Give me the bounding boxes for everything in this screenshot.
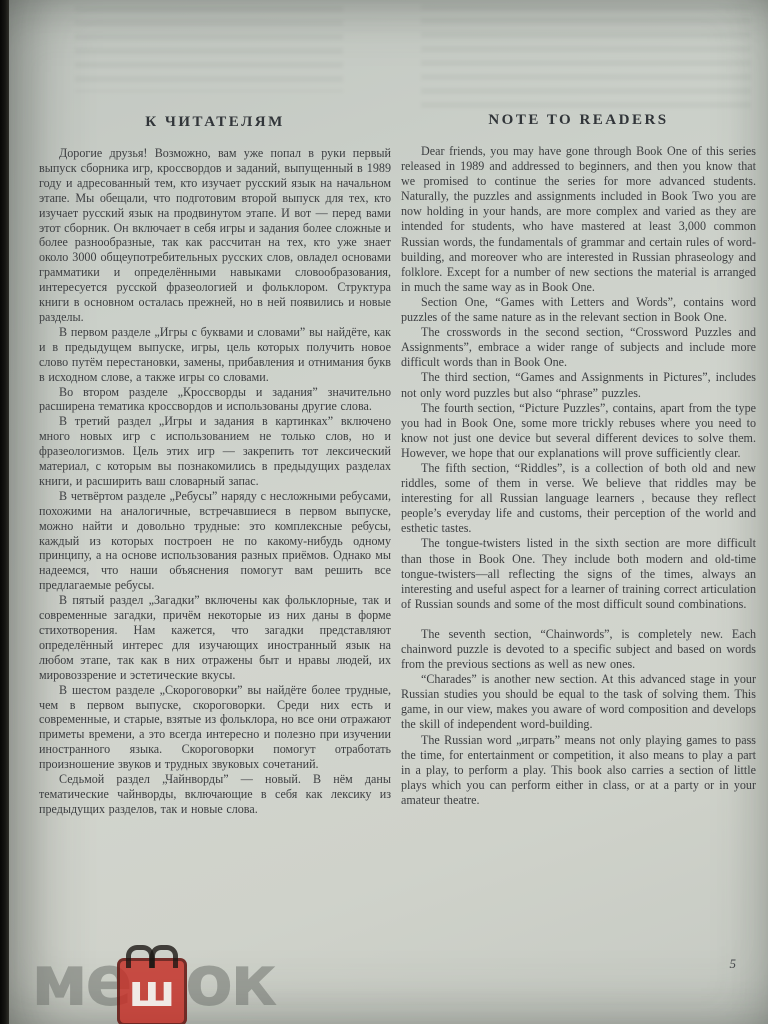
paragraph: В четвёртом разделе „Ребусы” наряду с не… bbox=[39, 489, 391, 593]
paragraph: В шестом разделе „Скороговорки” вы найдё… bbox=[39, 683, 391, 772]
paragraph: Во втором разделе „Кроссворды и задания”… bbox=[39, 385, 391, 415]
russian-heading: К ЧИТАТЕЛЯМ bbox=[39, 114, 391, 131]
paragraph: В пятый раздел „Загадки” включены как фо… bbox=[39, 593, 391, 682]
watermark-text-left: ме bbox=[31, 946, 130, 1016]
bag-handle-right bbox=[150, 945, 178, 968]
russian-column: К ЧИТАТЕЛЯМ Дорогие друзья! Возможно, ва… bbox=[39, 114, 391, 817]
paragraph: Седьмой раздел „Чайнворды” — новый. В нё… bbox=[39, 772, 391, 817]
paragraph: The crosswords in the second section, “C… bbox=[401, 325, 756, 370]
paragraph: The third section, “Games and Assignment… bbox=[401, 370, 756, 400]
paragraph: The fifth section, “Riddles”, is a colle… bbox=[401, 461, 756, 536]
show-through-text-right bbox=[421, 4, 751, 110]
english-column: NOTE TO READERS Dear friends, you may ha… bbox=[401, 112, 756, 808]
paragraph: Section One, “Games with Letters and Wor… bbox=[401, 295, 756, 325]
book-binding-edge bbox=[0, 0, 9, 1024]
show-through-text-left bbox=[75, 6, 343, 92]
watermark-bag-letter: ш bbox=[129, 970, 176, 1014]
paragraph: The tongue-twisters listed in the sixth … bbox=[401, 536, 756, 611]
paragraph: The fourth section, “Picture Puzzles”, c… bbox=[401, 401, 756, 461]
paragraph: Dear friends, you may have gone through … bbox=[401, 144, 756, 295]
paragraph: The Russian word „играть” means not only… bbox=[401, 733, 756, 808]
meshok-watermark: ме ш ок bbox=[31, 936, 253, 1024]
page-number: 5 bbox=[730, 956, 737, 972]
book-page-photo: К ЧИТАТЕЛЯМ Дорогие друзья! Возможно, ва… bbox=[0, 0, 768, 1024]
bag-handle-left bbox=[126, 945, 154, 968]
book-page: К ЧИТАТЕЛЯМ Дорогие друзья! Возможно, ва… bbox=[9, 0, 768, 1024]
watermark-text-right: ок bbox=[185, 946, 275, 1016]
paragraph: The seventh section, “Chainwords”, is co… bbox=[401, 627, 756, 672]
paragraph: В третий раздел „Игры и задания в картин… bbox=[39, 414, 391, 489]
english-heading: NOTE TO READERS bbox=[401, 112, 756, 129]
paragraph: Дорогие друзья! Возможно, вам уже попал … bbox=[39, 146, 391, 325]
paragraph: “Charades” is another new section. At th… bbox=[401, 672, 756, 732]
paragraph: В первом разделе „Игры с буквами и слова… bbox=[39, 325, 391, 385]
shopping-bag-icon: ш bbox=[117, 958, 187, 1024]
